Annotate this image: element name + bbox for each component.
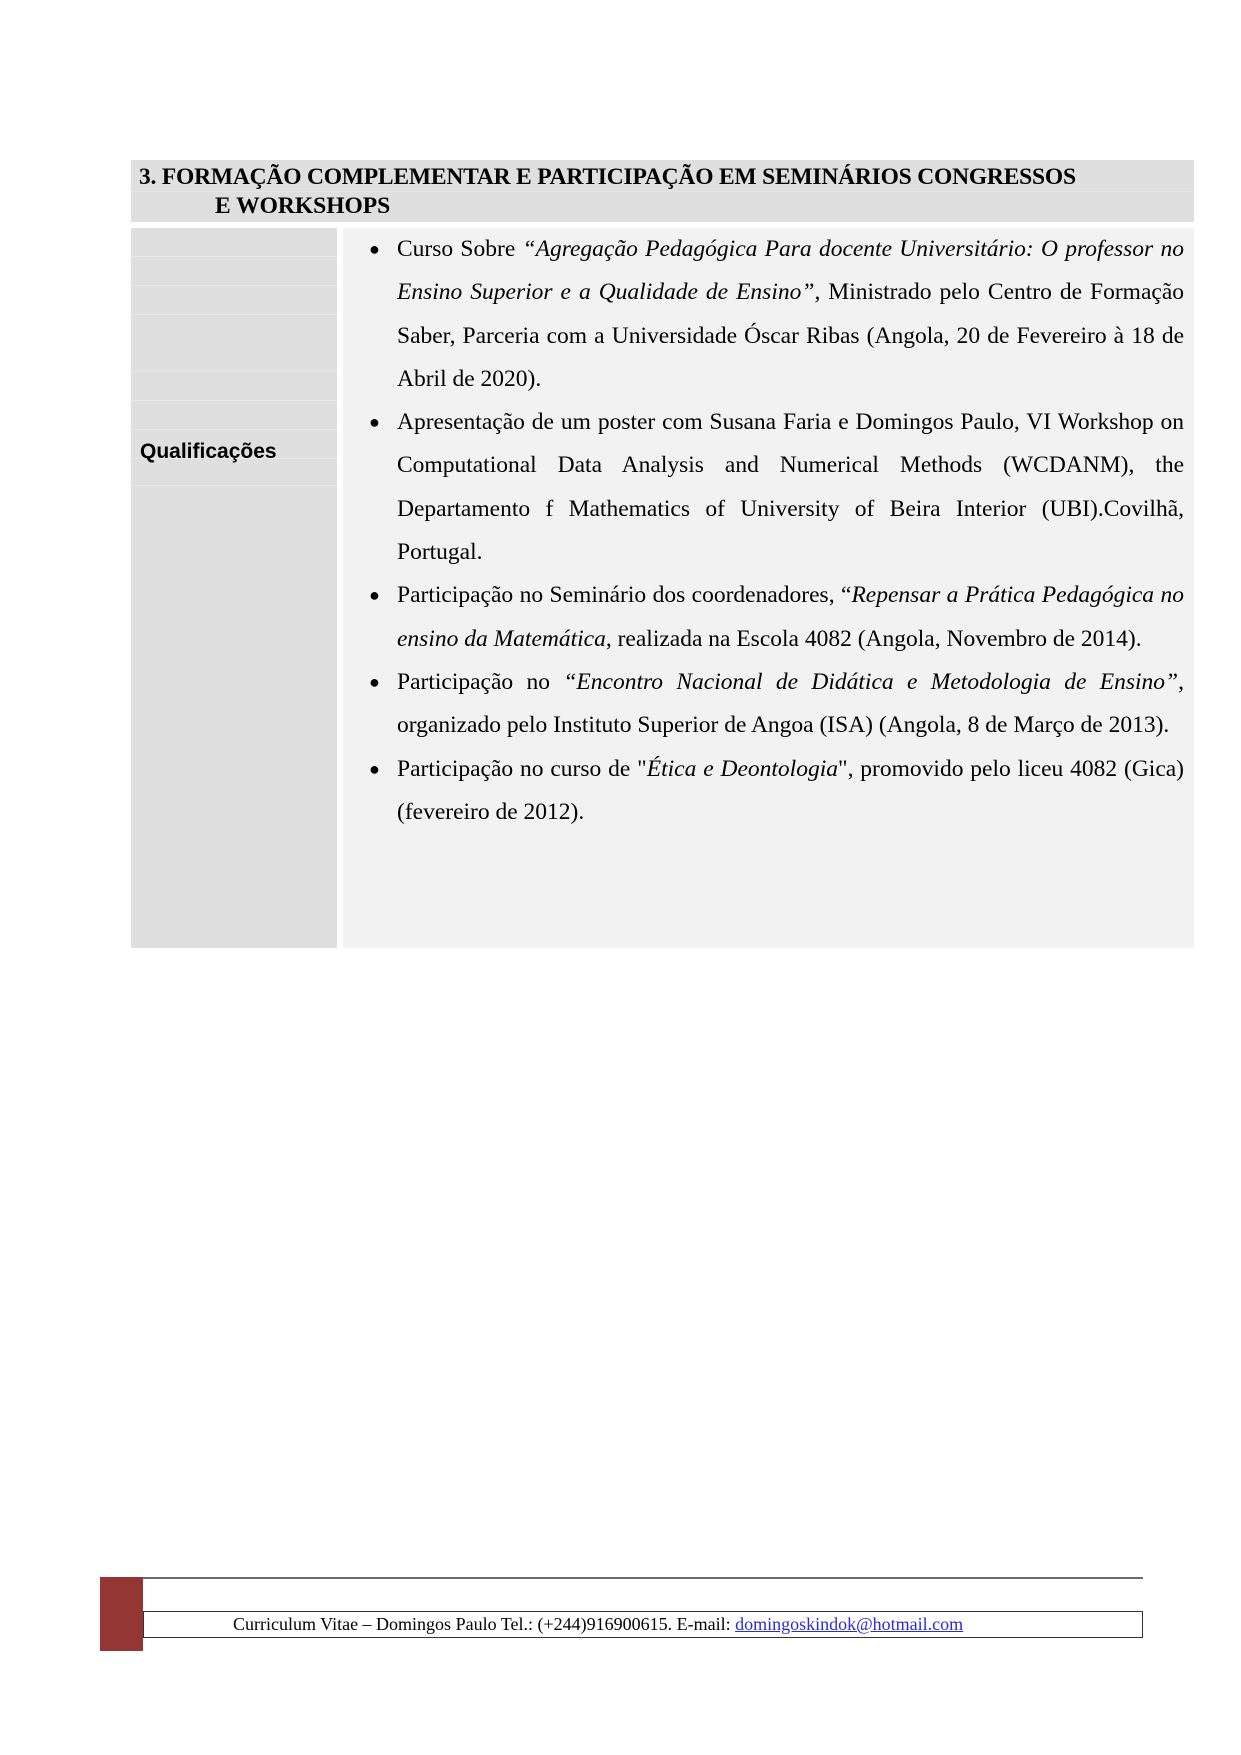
item-title: Ética e Deontologia <box>647 756 838 782</box>
footer-email-link[interactable]: domingoskindok@hotmail.com <box>735 1614 963 1634</box>
section-title-line2: E WORKSHOPS <box>215 191 390 221</box>
qualification-item: ●Participação no curso de "Ética e Deont… <box>343 748 1194 835</box>
qualification-item: ●Apresentação de um poster com Susana Fa… <box>343 401 1194 574</box>
row-rule <box>131 371 337 372</box>
row-rule <box>131 400 337 401</box>
qualifications-label: Qualificações <box>140 440 277 464</box>
row-rule <box>131 285 337 286</box>
row-rule <box>131 485 337 486</box>
qualifications-label-cell: Qualificações <box>131 228 337 948</box>
qualification-item: ●Participação no Seminário dos coordenad… <box>343 574 1194 661</box>
qualifications-content-cell: ●Curso Sobre “Agregação Pedagógica Para … <box>343 228 1194 948</box>
item-text: Participação no Seminário dos coordenado… <box>397 582 851 608</box>
item-text: Apresentação de um poster com Susana Far… <box>397 409 1184 565</box>
item-details: , realizada na Escola 4082 (Angola, Nove… <box>606 626 1142 652</box>
footer-text: Curriculum Vitae – Domingos Paulo Tel.: … <box>233 1612 963 1637</box>
section-title-line1: 3. FORMAÇÃO COMPLEMENTAR E PARTICIPAÇÃO … <box>139 162 1076 192</box>
bullet-icon: ● <box>369 228 380 271</box>
qualification-item: ●Curso Sobre “Agregação Pedagógica Para … <box>343 228 1194 401</box>
qualification-item: ●Participação no “Encontro Nacional de D… <box>343 661 1194 748</box>
footer-contact: Curriculum Vitae – Domingos Paulo Tel.: … <box>233 1614 735 1634</box>
bullet-icon: ● <box>369 401 380 444</box>
item-text: Participação no curso de " <box>397 756 647 782</box>
row-rule <box>131 256 337 257</box>
footer: Curriculum Vitae – Domingos Paulo Tel.: … <box>143 1611 1143 1638</box>
bullet-icon: ● <box>369 661 380 704</box>
item-text: Participação no <box>397 669 563 695</box>
qualifications-list: ●Curso Sobre “Agregação Pedagógica Para … <box>343 228 1194 834</box>
row-rule <box>131 429 337 430</box>
footer-rule <box>143 1577 1143 1579</box>
item-text: Curso Sobre <box>397 236 523 262</box>
row-rule <box>131 314 337 315</box>
section-header: 3. FORMAÇÃO COMPLEMENTAR E PARTICIPAÇÃO … <box>131 160 1194 222</box>
footer-accent-block <box>100 1577 143 1651</box>
bullet-icon: ● <box>369 748 380 791</box>
bullet-icon: ● <box>369 574 380 617</box>
item-title: “Encontro Nacional de Didática e Metodol… <box>563 669 1178 695</box>
